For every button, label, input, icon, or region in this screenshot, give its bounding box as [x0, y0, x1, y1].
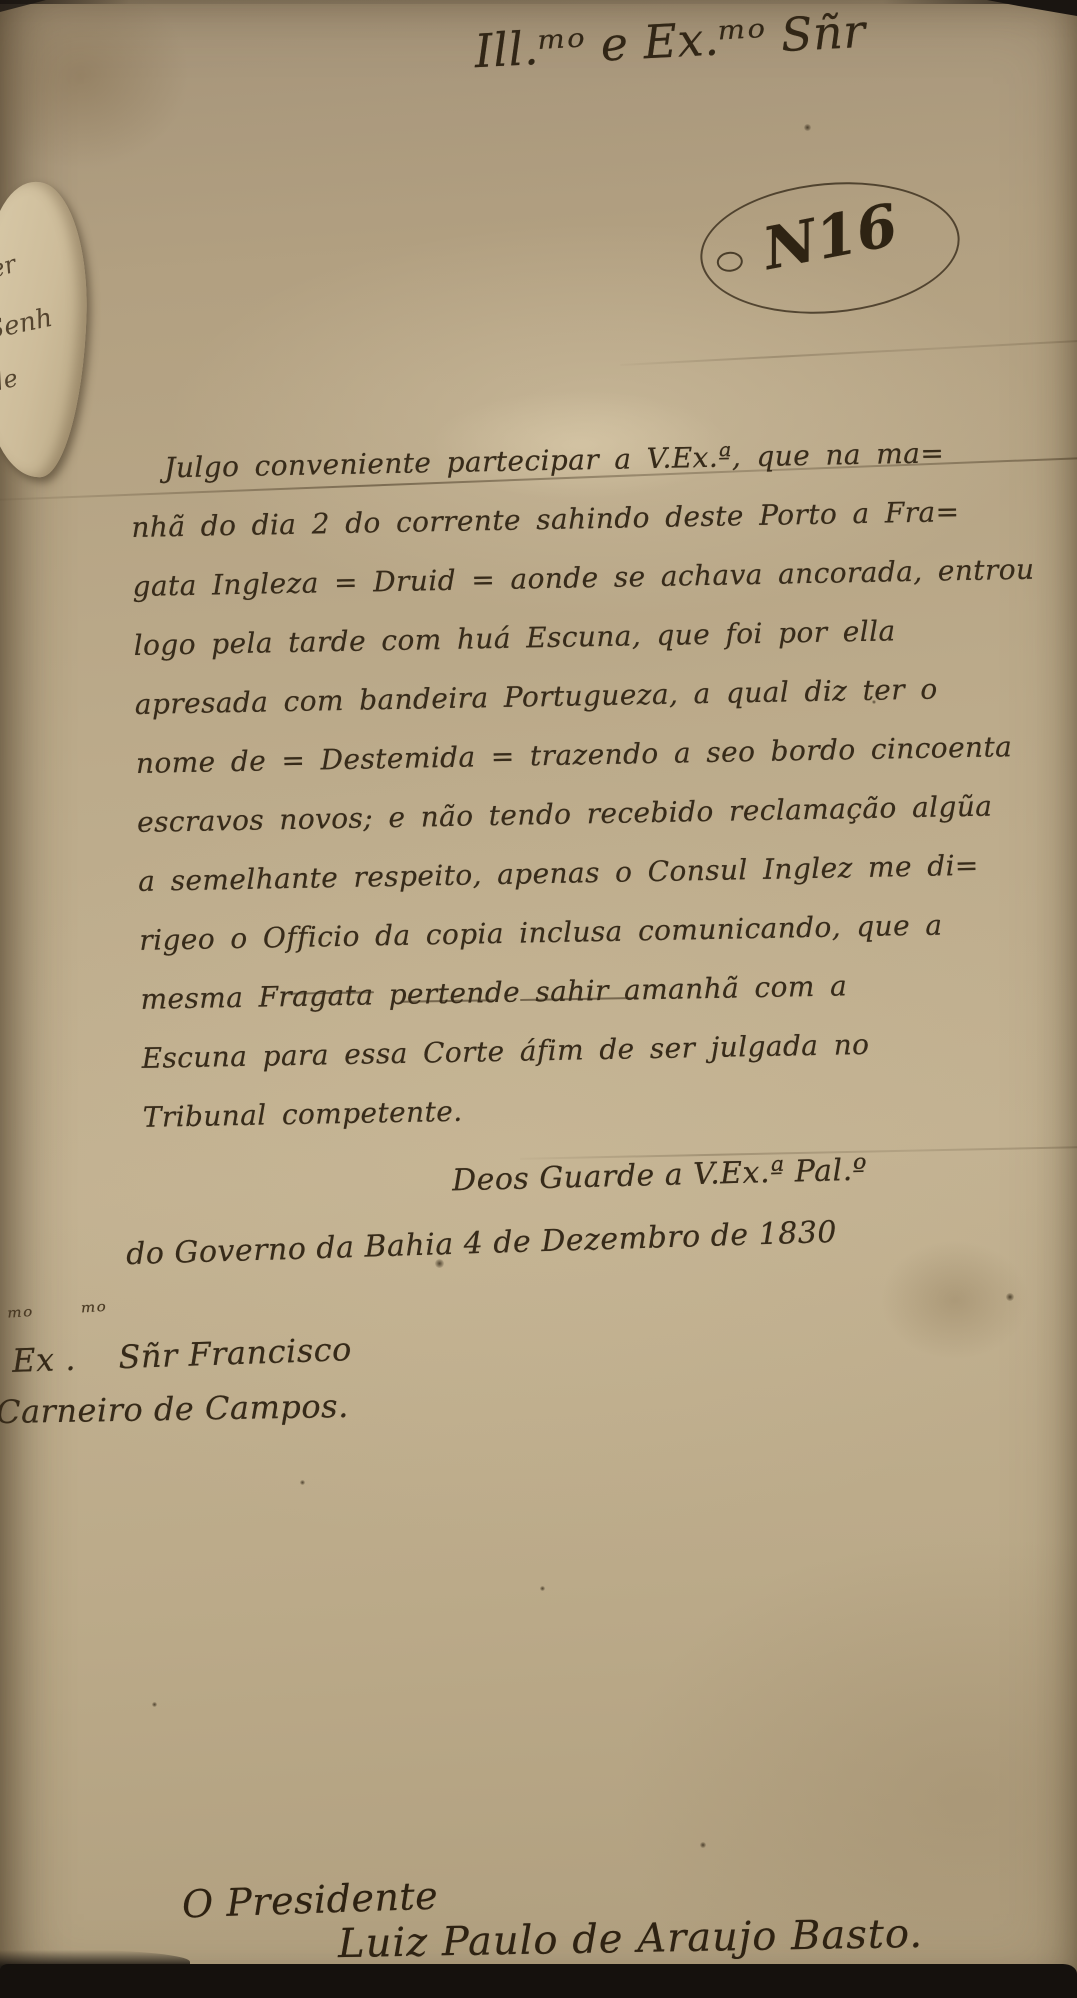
document-number: N16 — [758, 191, 904, 284]
closing-salute: Deos Guarde a V.Ex.ª Pal.º — [452, 1153, 868, 1199]
letter-body: Julgo conveniente partecipar a V.Ex.ª, q… — [130, 437, 903, 1159]
scan-corner-top-left — [0, 0, 46, 12]
addressee-line: Ex . Sñr Francisco — [11, 1330, 352, 1380]
scan-corner-top-right — [987, 0, 1077, 16]
signature-name: Luiz Paulo de Araujo Basto. — [338, 1911, 924, 1967]
closing-dateline: do Governo da Bahia 4 de Dezembro de 183… — [126, 1215, 838, 1272]
torn-page-edge: er Senh de — [0, 180, 91, 478]
ink-speck — [804, 124, 811, 131]
margin-fragment: Senh — [0, 303, 55, 346]
fold-crease — [620, 340, 1077, 366]
margin-fragment: er — [0, 250, 19, 284]
ink-speck — [300, 1480, 305, 1485]
signature-role: O Presidente — [181, 1874, 439, 1927]
ink-speck — [152, 1702, 157, 1707]
margin-fragment: de — [0, 364, 21, 398]
letter-salutation: Ill.ᵐᵒ e Ex.ᵐᵒ Sñr — [429, 1, 911, 80]
addressee-line: ᵐᵒ ᵐᵒ — [7, 1297, 107, 1332]
scan-edge-bottom — [0, 1964, 1077, 1998]
scan-edge-top — [0, 0, 1077, 4]
ink-speck — [700, 1842, 706, 1848]
manuscript-scan: er Senh de Ill.ᵐᵒ e Ex.ᵐᵒ Sñr N16 Julgo … — [0, 0, 1077, 1998]
addressee-line: Carneiro de Campos. — [0, 1387, 349, 1431]
ink-speck — [540, 1586, 545, 1591]
paper-stain — [0, 0, 190, 170]
ink-speck — [1006, 1293, 1014, 1301]
document-number-oval: N16 — [695, 172, 965, 324]
